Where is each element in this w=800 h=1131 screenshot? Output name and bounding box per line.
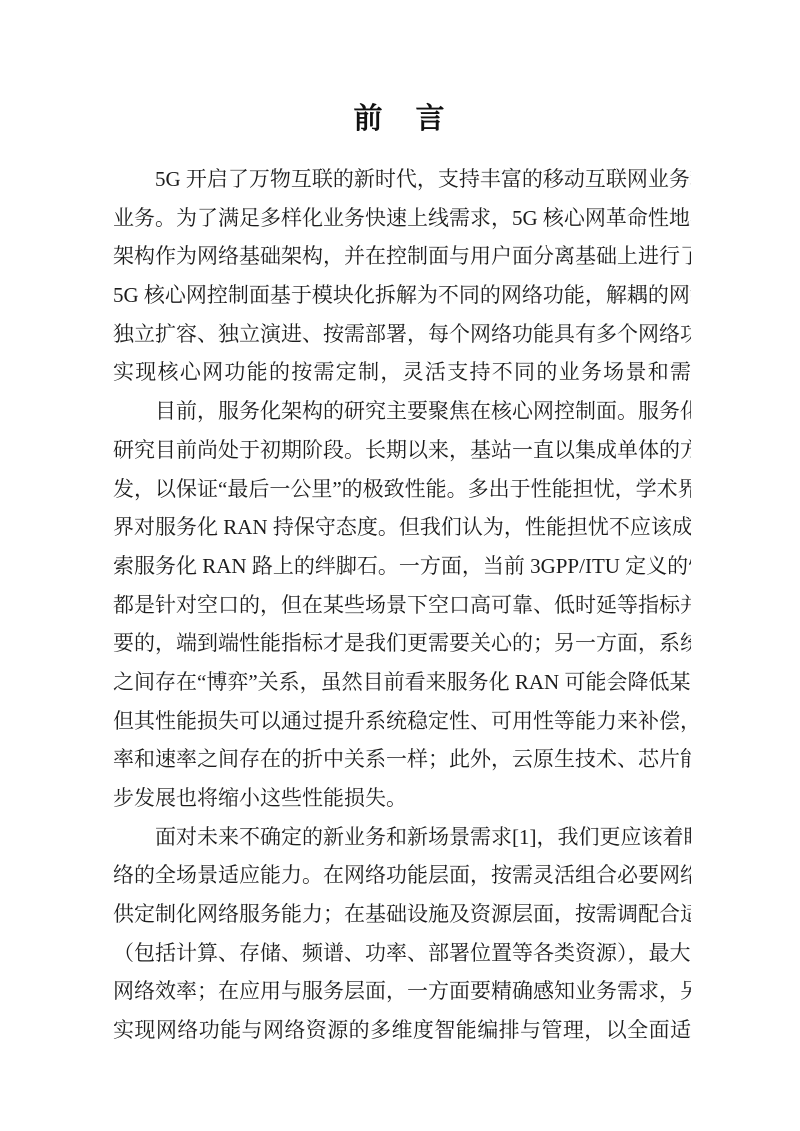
paragraph: 目前，服务化架构的研究主要聚焦在核心网控制面。服务化 RAN 的研究目前尚处于初… [113,392,691,818]
text-line: 独立扩容、独立演进、按需部署，每个网络功能具有多个网络功能服务， [113,315,691,354]
text-line: 研究目前尚处于初期阶段。长期以来，基站一直以集成单体的方式进行开 [113,431,691,470]
text-line: 步发展也将缩小这些性能损失。 [113,779,691,818]
text-line: 界对服务化 RAN 持保守态度。但我们认为，性能担忧不应该成为我们探 [113,508,691,547]
text-line: （包括计算、存储、频谱、功率、部署位置等各类资源），最大限度提升 [113,934,691,973]
text-line: 供定制化网络服务能力；在基础设施及资源层面，按需调配合适网络资源 [113,895,691,934]
text-line: 5G 开启了万物互联的新时代，支持丰富的移动互联网业务和物联网 [113,160,691,199]
text-line: 业务。为了满足多样化业务快速上线需求，5G 核心网革命性地将服务化 [113,199,691,238]
page-title: 前 言 [0,0,800,138]
text-line: 5G 核心网控制面基于模块化拆解为不同的网络功能，解耦的网络功能可 [113,276,691,315]
text-line: 但其性能损失可以通过提升系统稳定性、可用性等能力来补偿，正如误块 [113,702,691,741]
text-line: 索服务化 RAN 路上的绊脚石。一方面，当前 3GPP/ITU 定义的性能指标 [113,547,691,586]
text-line: 网络效率；在应用与服务层面，一方面要精确感知业务需求，另一方面要 [113,972,691,1011]
document-page: 前 言 5G 开启了万物互联的新时代，支持丰富的移动互联网业务和物联网业务。为了… [0,0,800,1131]
text-line: 面对未来不确定的新业务和新场景需求[1]，我们更应该着眼于提升网 [113,818,691,857]
text-line: 实现核心网功能的按需定制，灵活支持不同的业务场景和需求。 [113,353,691,392]
text-line: 率和速率之间存在的折中关系一样；此外，云原生技术、芯片能力的进一 [113,740,691,779]
text-line: 目前，服务化架构的研究主要聚焦在核心网控制面。服务化 RAN 的 [113,392,691,431]
text-line: 架构作为网络基础架构，并在控制面与用户面分离基础上进行了深入优化。 [113,237,691,276]
text-line: 络的全场景适应能力。在网络功能层面，按需灵活组合必要网络功能，提 [113,856,691,895]
paragraph: 面对未来不确定的新业务和新场景需求[1]，我们更应该着眼于提升网络的全场景适应能… [113,818,691,1050]
text-line: 实现网络功能与网络资源的多维度智能编排与管理，以全面适配各类场景。 [113,1011,691,1050]
text-line: 都是针对空口的，但在某些场景下空口高可靠、低时延等指标并不是最重 [113,586,691,625]
text-line: 发，以保证“最后一公里”的极致性能。多出于性能担忧，学术界和产业 [113,470,691,509]
text-line: 之间存在“博弈”关系，虽然目前看来服务化 RAN 可能会降低某些性能， [113,663,691,702]
text-line: 要的，端到端性能指标才是我们更需要关心的；另一方面，系统性能指标 [113,624,691,663]
document-body: 5G 开启了万物互联的新时代，支持丰富的移动互联网业务和物联网业务。为了满足多样… [113,160,691,1050]
paragraph: 5G 开启了万物互联的新时代，支持丰富的移动互联网业务和物联网业务。为了满足多样… [113,160,691,392]
